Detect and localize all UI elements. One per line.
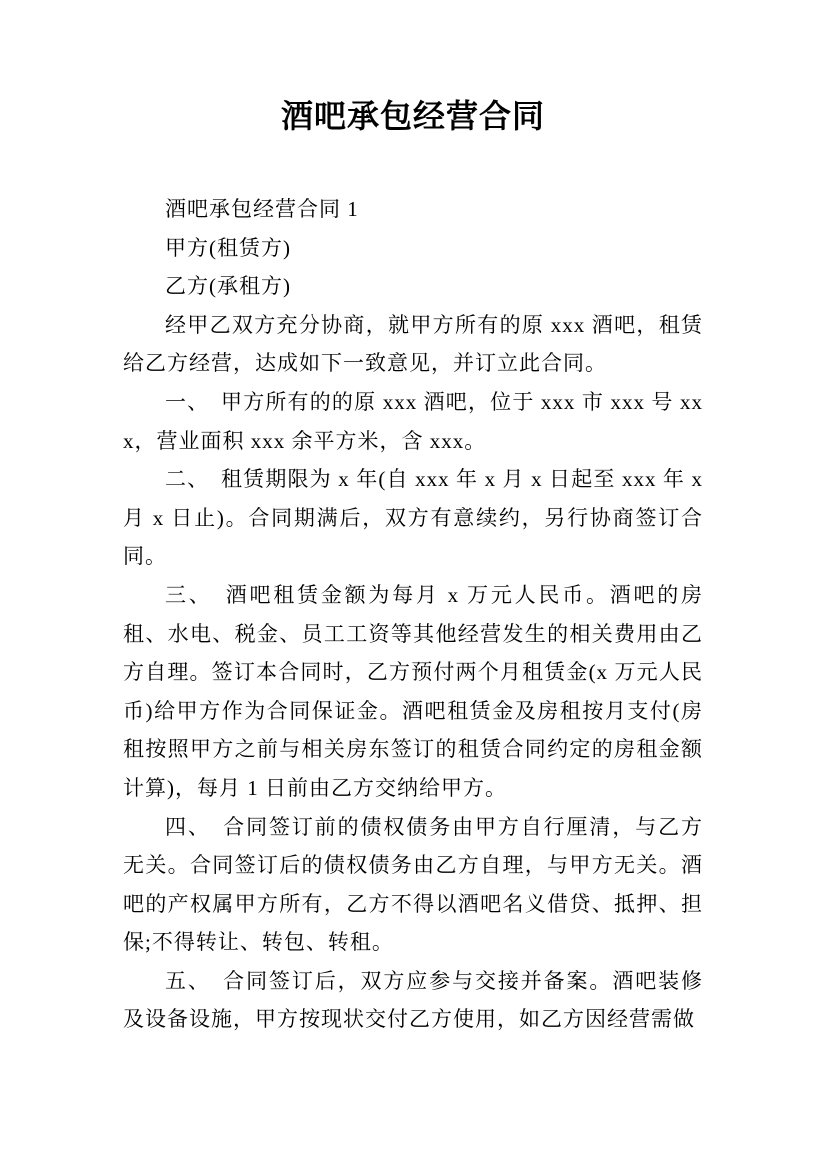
paragraph: 三、 酒吧租赁金额为每月 x 万元人民币。酒吧的房租、水电、税金、员工工资等其他…: [123, 576, 703, 808]
document-page: 酒吧承包经营合同 酒吧承包经营合同 1甲方(租赁方)乙方(承租方)经甲乙双方充分…: [0, 0, 827, 1170]
paragraph: 经甲乙双方充分协商，就甲方所有的原 xxx 酒吧，租赁给乙方经营，达成如下一致意…: [123, 306, 703, 383]
paragraph: 二、 租赁期限为 x 年(自 xxx 年 x 月 x 日起至 xxx 年 x 月…: [123, 460, 703, 576]
document-title: 酒吧承包经营合同: [123, 92, 703, 140]
paragraph: 五、 合同签订后，双方应参与交接并备案。酒吧装修及设备设施，甲方按现状交付乙方使…: [123, 962, 703, 1039]
paragraph: 乙方(承租方): [123, 267, 703, 306]
paragraph: 一、 甲方所有的的原 xxx 酒吧，位于 xxx 市 xxx 号 xxx，营业面…: [123, 383, 703, 460]
document-body: 酒吧承包经营合同 1甲方(租赁方)乙方(承租方)经甲乙双方充分协商，就甲方所有的…: [123, 190, 703, 1039]
paragraph: 酒吧承包经营合同 1: [123, 190, 703, 229]
paragraph: 甲方(租赁方): [123, 229, 703, 268]
paragraph: 四、 合同签订前的债权债务由甲方自行厘清，与乙方无关。合同签订后的债权债务由乙方…: [123, 808, 703, 962]
